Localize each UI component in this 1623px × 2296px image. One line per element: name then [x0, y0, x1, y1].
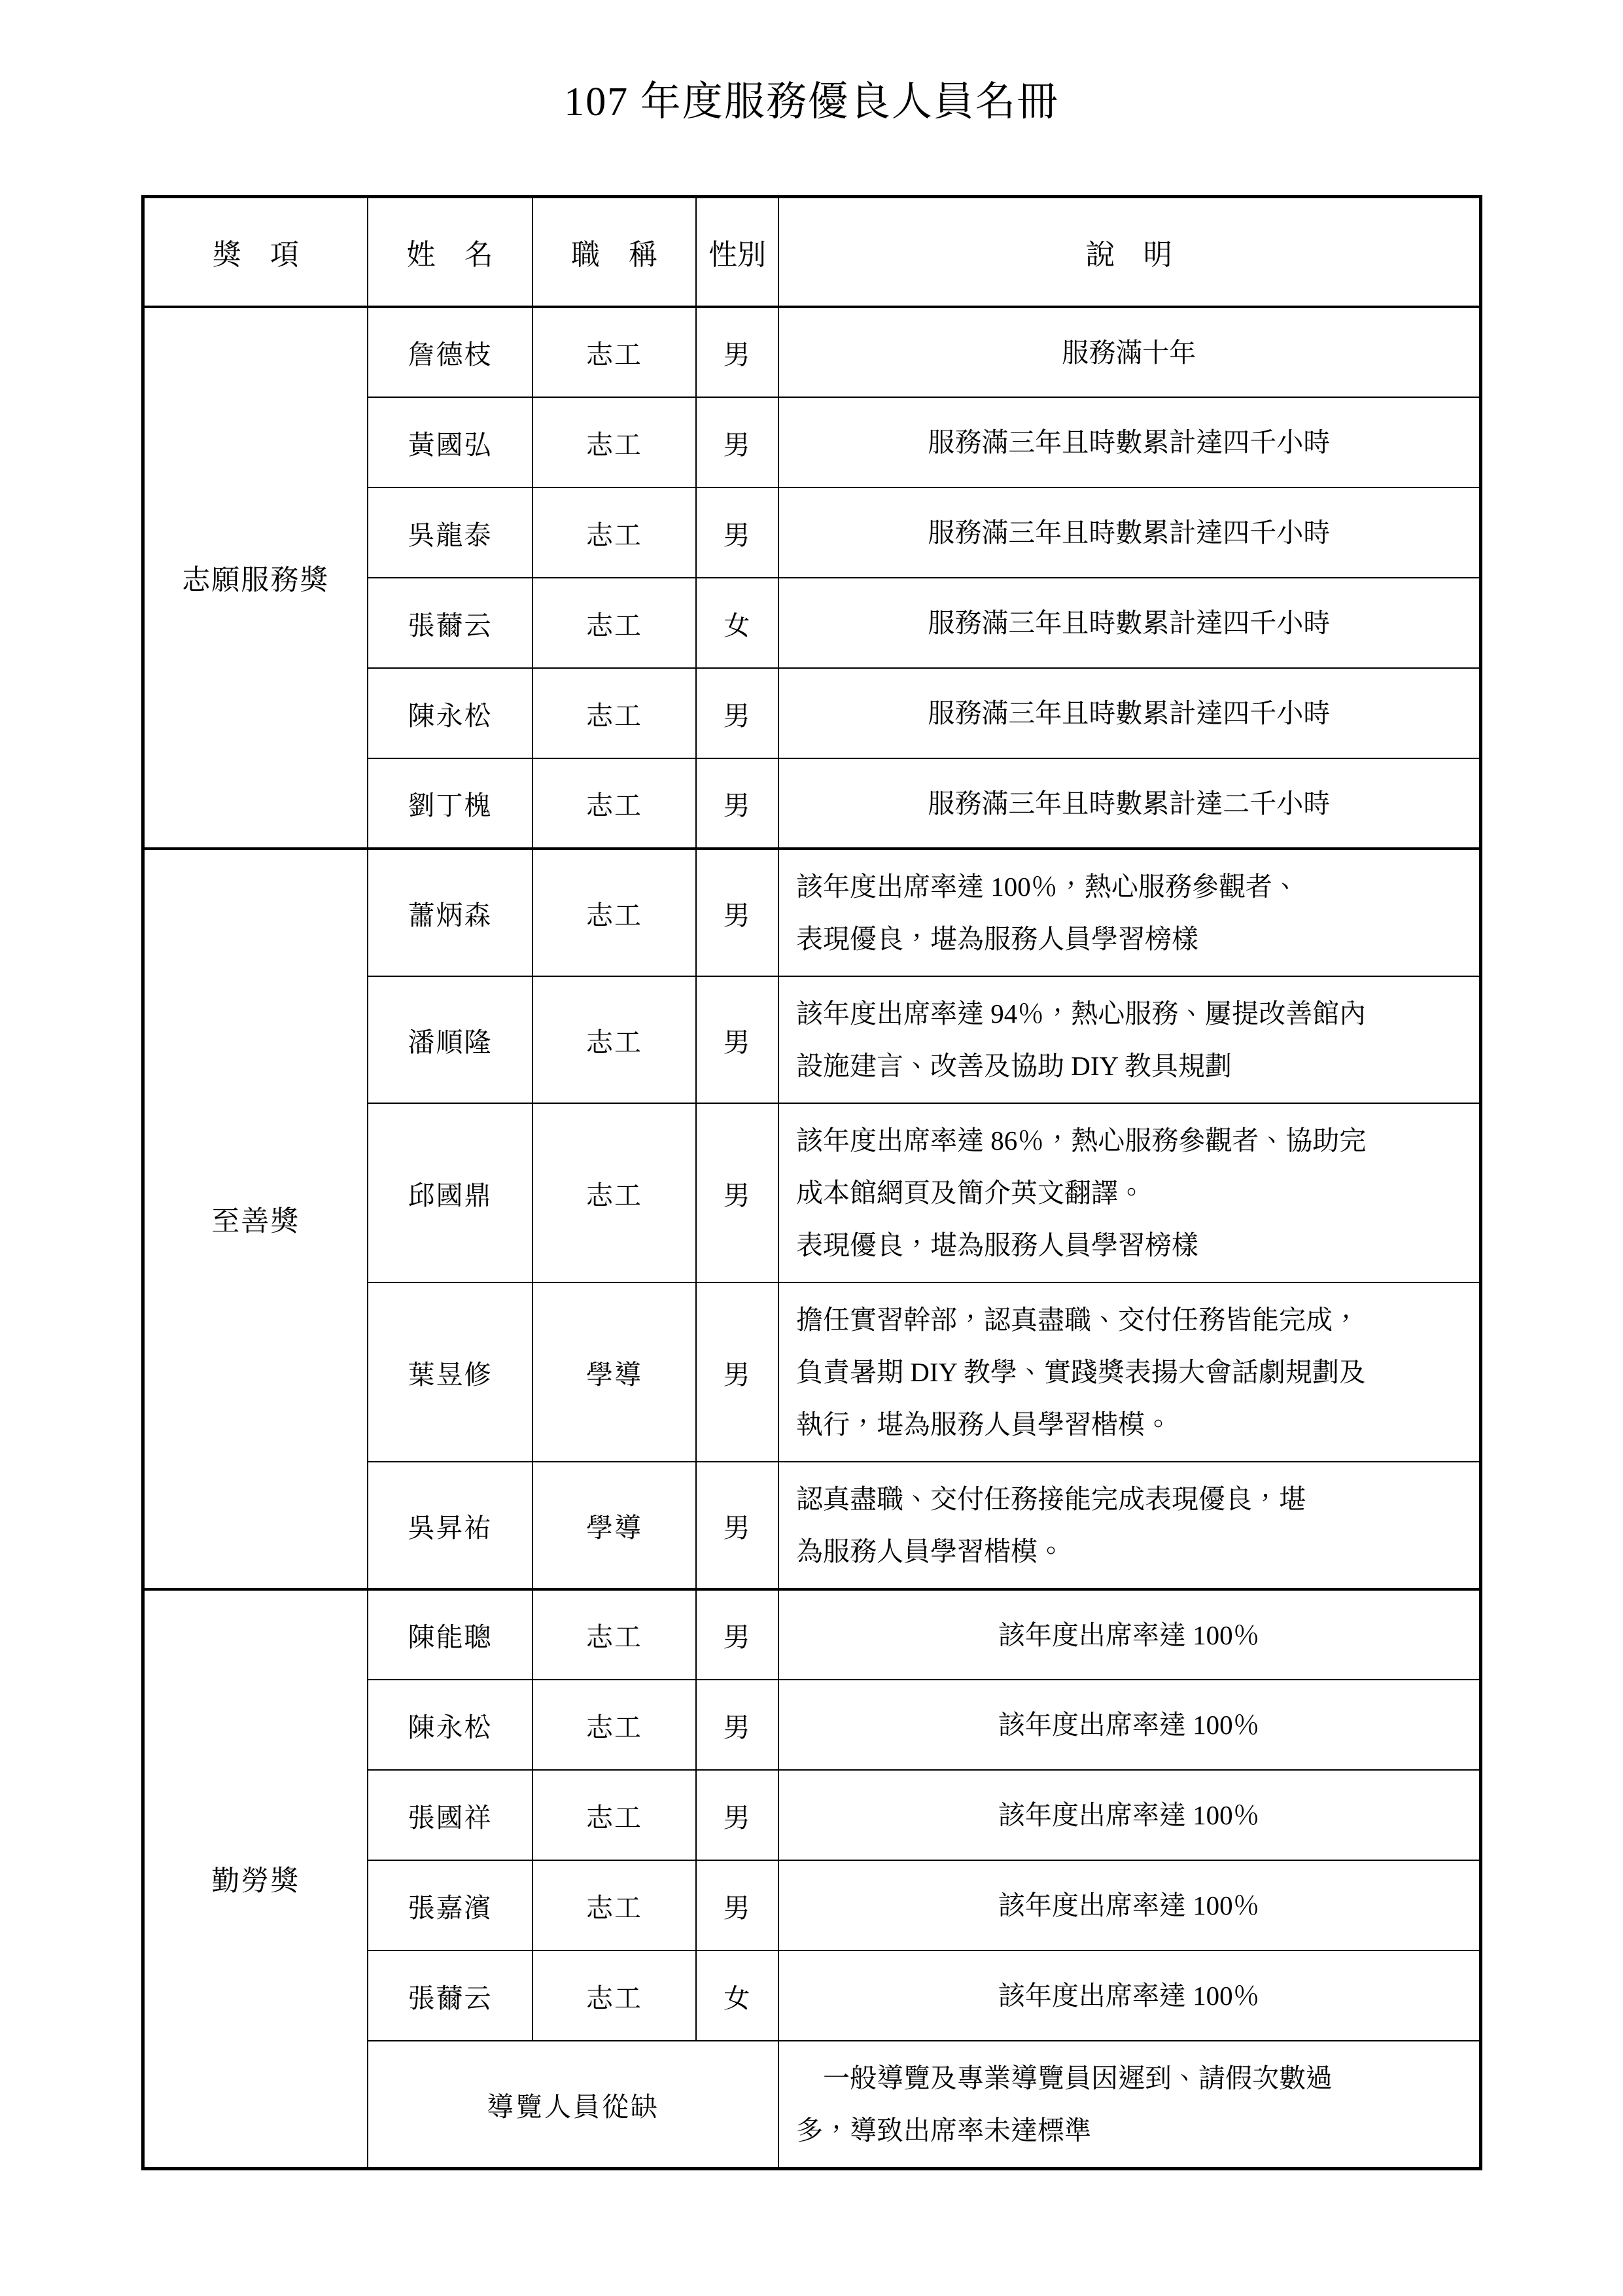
name-cell: 劉丁槐 — [368, 758, 532, 849]
merged-name-cell: 導覽人員從缺 — [368, 2041, 778, 2169]
gender-cell: 男 — [696, 1282, 778, 1462]
name-cell: 詹德枝 — [368, 307, 532, 397]
job-title-cell: 志工 — [532, 1103, 696, 1282]
name-cell: 張薾云 — [368, 1951, 532, 2041]
job-title-cell: 志工 — [532, 668, 696, 758]
description-cell: 服務滿三年且時數累計達四千小時 — [778, 487, 1480, 578]
job-title-cell: 志工 — [532, 1680, 696, 1770]
award-group-cell: 志願服務獎 — [143, 307, 368, 849]
table-header: 獎 項 姓 名 職 稱 性別 說 明 — [143, 197, 1480, 308]
gender-cell: 男 — [696, 307, 778, 397]
job-title-cell: 志工 — [532, 1951, 696, 2041]
roster-table: 獎 項 姓 名 職 稱 性別 說 明 志願服務獎詹德枝志工男服務滿十年黃國弘志工… — [141, 195, 1482, 2170]
name-cell: 吳昇祐 — [368, 1462, 532, 1589]
job-title-cell: 志工 — [532, 849, 696, 976]
award-group-cell: 至善獎 — [143, 849, 368, 1589]
gender-cell: 男 — [696, 758, 778, 849]
gender-cell: 男 — [696, 668, 778, 758]
table-row: 勤勞獎陳能聰志工男該年度出席率達 100％ — [143, 1589, 1480, 1680]
description-cell: 該年度出席率達 100％ — [778, 1951, 1480, 2041]
name-cell: 潘順隆 — [368, 976, 532, 1103]
description-cell: 服務滿十年 — [778, 307, 1480, 397]
name-cell: 邱國鼎 — [368, 1103, 532, 1282]
description-cell: 服務滿三年且時數累計達四千小時 — [778, 397, 1480, 487]
gender-cell: 男 — [696, 1680, 778, 1770]
gender-cell: 男 — [696, 487, 778, 578]
table-row: 至善獎蕭炳森志工男該年度出席率達 100％，熱心服務參觀者、 表現優良，堪為服務… — [143, 849, 1480, 976]
description-cell: 擔任實習幹部，認真盡職、交付任務皆能完成， 負責暑期 DIY 教學、實踐獎表揚大… — [778, 1282, 1480, 1462]
job-title-cell: 志工 — [532, 1770, 696, 1860]
job-title-cell: 志工 — [532, 1860, 696, 1951]
description-cell: 該年度出席率達 100％，熱心服務參觀者、 表現優良，堪為服務人員學習榜樣 — [778, 849, 1480, 976]
column-header-name: 姓 名 — [368, 197, 532, 308]
name-cell: 張嘉濱 — [368, 1860, 532, 1951]
gender-cell: 男 — [696, 976, 778, 1103]
gender-cell: 男 — [696, 1860, 778, 1951]
job-title-cell: 志工 — [532, 1589, 696, 1680]
column-header-description: 說 明 — [778, 197, 1480, 308]
name-cell: 陳永松 — [368, 1680, 532, 1770]
job-title-cell: 志工 — [532, 487, 696, 578]
name-cell: 陳永松 — [368, 668, 532, 758]
gender-cell: 男 — [696, 1589, 778, 1680]
gender-cell: 男 — [696, 1770, 778, 1860]
column-header-gender: 性別 — [696, 197, 778, 308]
name-cell: 黃國弘 — [368, 397, 532, 487]
page-title: 107 年度服務優良人員名冊 — [0, 0, 1623, 124]
gender-cell: 女 — [696, 578, 778, 668]
description-cell: 服務滿三年且時數累計達四千小時 — [778, 668, 1480, 758]
job-title-cell: 學導 — [532, 1462, 696, 1589]
gender-cell: 女 — [696, 1951, 778, 2041]
name-cell: 張薾云 — [368, 578, 532, 668]
award-group-cell: 勤勞獎 — [143, 1589, 368, 2169]
job-title-cell: 學導 — [532, 1282, 696, 1462]
description-cell: 一般導覽及專業導覽員因遲到、請假次數過 多，導致出席率未達標準 — [778, 2041, 1480, 2169]
name-cell: 蕭炳森 — [368, 849, 532, 976]
description-cell: 該年度出席率達 100％ — [778, 1860, 1480, 1951]
header-row: 獎 項 姓 名 職 稱 性別 說 明 — [143, 197, 1480, 308]
job-title-cell: 志工 — [532, 578, 696, 668]
gender-cell: 男 — [696, 397, 778, 487]
description-cell: 服務滿三年且時數累計達四千小時 — [778, 578, 1480, 668]
description-cell: 該年度出席率達 86％，熱心服務參觀者、協助完 成本館網頁及簡介英文翻譯。 表現… — [778, 1103, 1480, 1282]
name-cell: 葉昱修 — [368, 1282, 532, 1462]
column-header-award: 獎 項 — [143, 197, 368, 308]
column-header-job-title: 職 稱 — [532, 197, 696, 308]
name-cell: 吳龍泰 — [368, 487, 532, 578]
table-body: 志願服務獎詹德枝志工男服務滿十年黃國弘志工男服務滿三年且時數累計達四千小時吳龍泰… — [143, 307, 1480, 2169]
document-page: 107 年度服務優良人員名冊 獎 項 姓 名 職 稱 性別 說 明 志願服務獎詹… — [0, 0, 1623, 2296]
job-title-cell: 志工 — [532, 758, 696, 849]
job-title-cell: 志工 — [532, 397, 696, 487]
job-title-cell: 志工 — [532, 307, 696, 397]
description-cell: 該年度出席率達 100％ — [778, 1589, 1480, 1680]
description-cell: 該年度出席率達 94％，熱心服務、屢提改善館內 設施建言、改善及協助 DIY 教… — [778, 976, 1480, 1103]
description-cell: 該年度出席率達 100％ — [778, 1680, 1480, 1770]
description-cell: 該年度出席率達 100％ — [778, 1770, 1480, 1860]
description-cell: 服務滿三年且時數累計達二千小時 — [778, 758, 1480, 849]
table-row: 志願服務獎詹德枝志工男服務滿十年 — [143, 307, 1480, 397]
description-cell: 認真盡職、交付任務接能完成表現優良，堪 為服務人員學習楷模。 — [778, 1462, 1480, 1589]
gender-cell: 男 — [696, 1462, 778, 1589]
job-title-cell: 志工 — [532, 976, 696, 1103]
name-cell: 張國祥 — [368, 1770, 532, 1860]
gender-cell: 男 — [696, 849, 778, 976]
name-cell: 陳能聰 — [368, 1589, 532, 1680]
gender-cell: 男 — [696, 1103, 778, 1282]
